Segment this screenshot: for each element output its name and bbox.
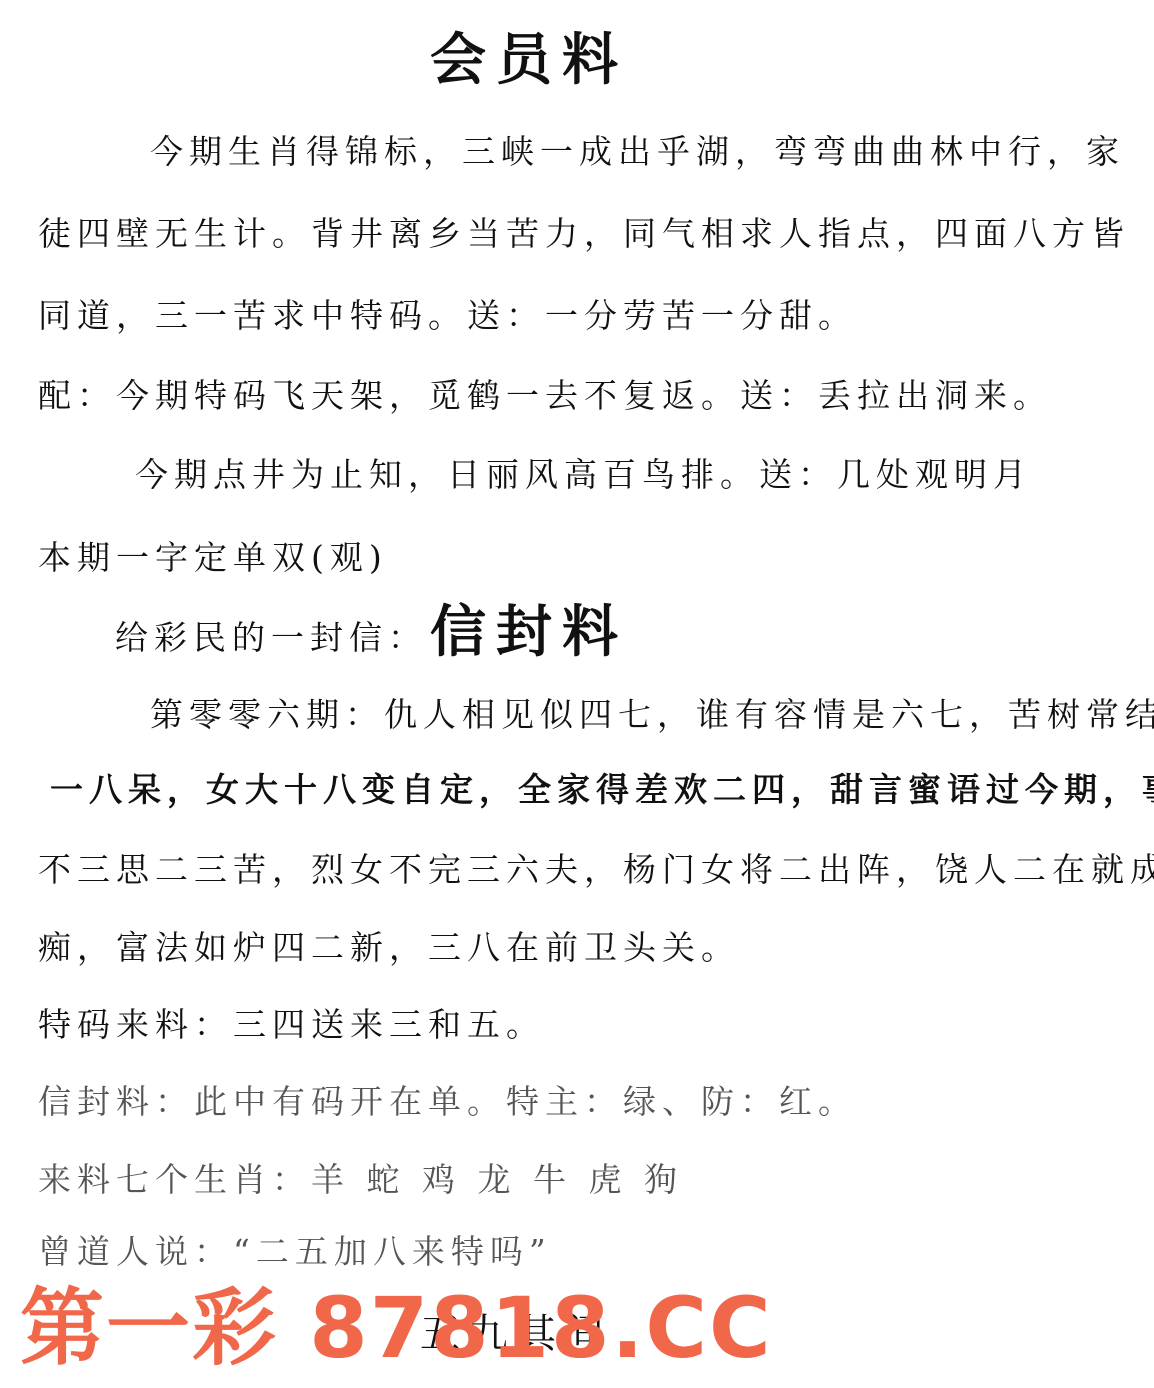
letter-paragraph-line: 第零零六期：仇人相见似四七，谁有容情是六七，苦树常结 xyxy=(150,695,1154,735)
member-paragraph-line: 同道，三一苦求中特码。送：一分劳苦一分甜。 xyxy=(38,296,857,336)
point-line: 今期点井为止知，日丽风高百鸟排。送：几处观明月 xyxy=(135,455,1032,495)
letter-intro: 给彩民的一封信： xyxy=(115,618,427,658)
letter-paragraph-line: 痴，富法如炉四二新，三八在前卫头关。 xyxy=(38,928,740,968)
pei-line: 配：今期特码飞天架，觅鹤一去不复返。送：丢拉出洞来。 xyxy=(38,376,1052,416)
letter-title: 信封料 xyxy=(430,600,628,664)
letter-paragraph-line: 不三思二三苦，烈女不完三六夫，杨门女将二出阵，饶人二在就成 xyxy=(38,850,1154,890)
member-paragraph-line: 今期生肖得锦标，三峡一成出乎湖，弯弯曲曲林中行，家 xyxy=(150,132,1125,172)
site-watermark: 第一彩 87818.CC xyxy=(20,1280,773,1376)
odd-even-line: 本期一字定单双(观) xyxy=(38,538,388,578)
letter-paragraph-line: 一八呆，女大十八变自定，全家得差欢二四，甜言蜜语过今期，事 xyxy=(50,770,1154,810)
envelope-line: 信封料：此中有码开在单。特主：绿、防：红。 xyxy=(38,1082,857,1122)
member-paragraph-line: 徒四壁无生计。背井离乡当苦力，同气相求人指点，四面八方皆 xyxy=(38,214,1130,254)
special-code-line: 特码来料：三四送来三和五。 xyxy=(38,1005,545,1045)
member-title: 会员料 xyxy=(430,28,628,92)
zodiac-line: 来料七个生肖：羊 蛇 鸡 龙 牛 虎 狗 xyxy=(38,1160,683,1200)
taoist-line: 曾道人说：“二五加八来特吗” xyxy=(38,1232,552,1272)
